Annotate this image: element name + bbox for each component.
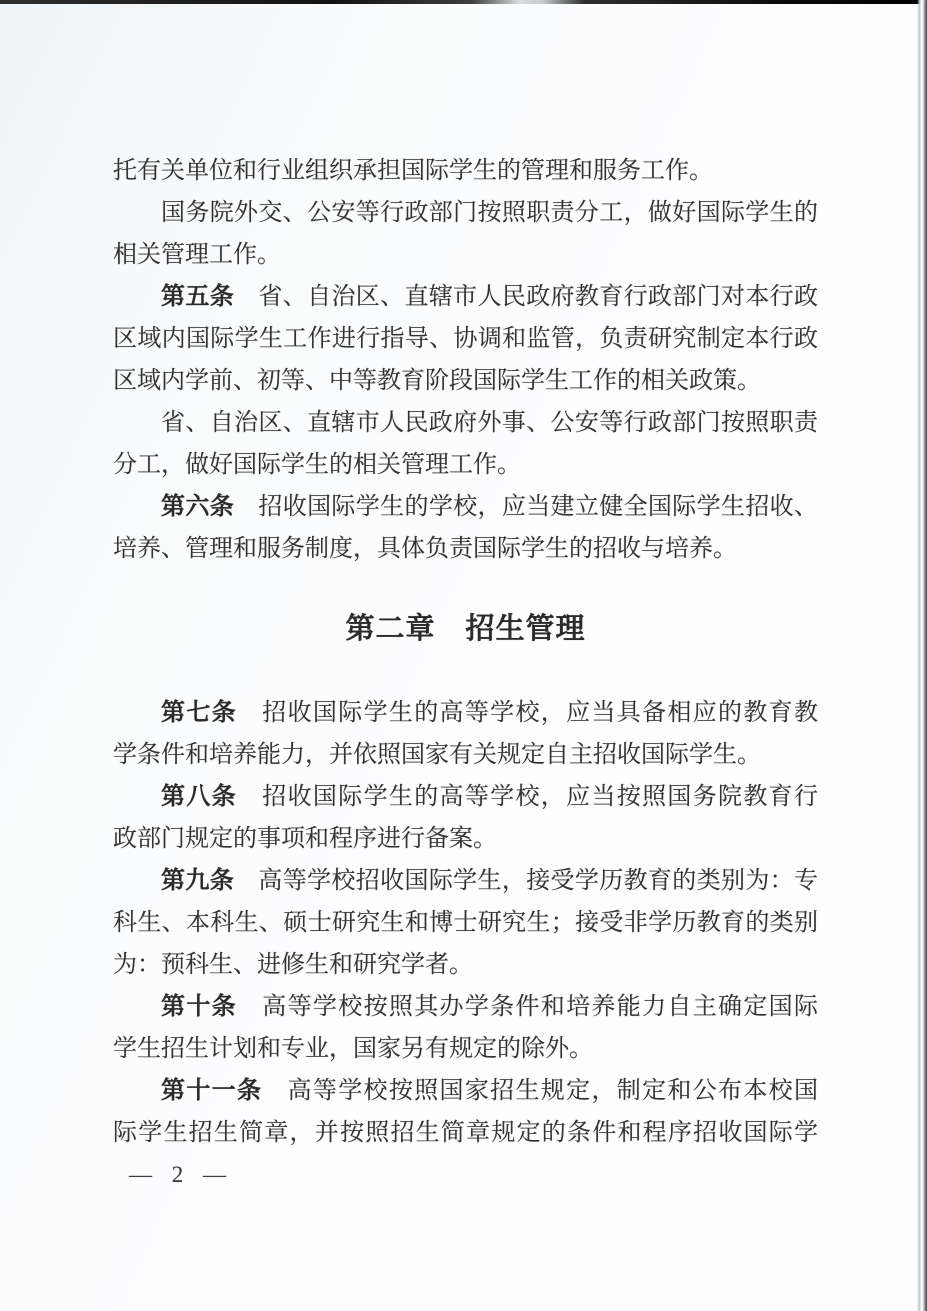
scan-edge-right	[917, 0, 927, 1311]
scanned-document-page: 托有关单位和行业组织承担国际学生的管理和服务工作。国务院外交、公安等行政部门按照…	[0, 0, 927, 1311]
text-segment: 政部门规定的事项和程序进行备案。	[113, 826, 497, 852]
document-line: 培养、管理和服务制度，具体负责国际学生的招收与培养。	[113, 528, 818, 570]
article-number: 第十条	[161, 994, 237, 1020]
text-segment: 区域内学前、初等、中等教育阶段国际学生工作的相关政策。	[113, 368, 761, 394]
text-segment: 学条件和培养能力，并依照国家有关规定自主招收国际学生。	[113, 742, 761, 768]
text-segment: 培养、管理和服务制度，具体负责国际学生的招收与培养。	[113, 536, 737, 562]
chapter-heading-text: 第二章 招生管理	[345, 613, 585, 645]
text-segment: 招收国际学生的高等学校，应当按照国务院教育行	[237, 784, 818, 810]
document-line: 分工，做好国际学生的相关管理工作。	[113, 444, 818, 486]
article-number: 第五条	[161, 284, 234, 310]
document-line: 第十条 高等学校按照其办学条件和培养能力自主确定国际	[113, 986, 818, 1028]
article-number: 第八条	[161, 784, 237, 810]
document-line: 相关管理工作。	[113, 234, 818, 276]
text-segment: 高等学校按照其办学条件和培养能力自主确定国际	[237, 994, 818, 1020]
article-number: 第七条	[161, 700, 237, 726]
text-segment: 区域内国际学生工作进行指导、协调和监管，负责研究制定本行政	[113, 326, 818, 352]
text-segment: 省、自治区、直辖市人民政府教育行政部门对本行政	[234, 284, 818, 310]
text-segment: 托有关单位和行业组织承担国际学生的管理和服务工作。	[113, 158, 713, 184]
article-number: 第六条	[161, 494, 234, 520]
article-number: 第九条	[161, 868, 234, 894]
chapter-heading: 第二章 招生管理	[113, 606, 818, 652]
document-line: 第七条 招收国际学生的高等学校，应当具备相应的教育教	[113, 692, 818, 734]
document-line: 托有关单位和行业组织承担国际学生的管理和服务工作。	[113, 150, 818, 192]
document-line: 第五条 省、自治区、直辖市人民政府教育行政部门对本行政	[113, 276, 818, 318]
text-segment: 招收国际学生的学校，应当建立健全国际学生招收、	[234, 494, 818, 520]
article-number: 第十一条	[161, 1078, 262, 1104]
document-line: 学条件和培养能力，并依照国家有关规定自主招收国际学生。	[113, 734, 818, 776]
text-segment: 分工，做好国际学生的相关管理工作。	[113, 452, 521, 478]
document-line: 际学生招生简章，并按照招生简章规定的条件和程序招收国际学	[113, 1112, 818, 1154]
text-segment: 国务院外交、公安等行政部门按照职责分工，做好国际学生的	[161, 200, 818, 226]
text-segment: 科生、本科生、硕士研究生和博士研究生；接受非学历教育的类别	[113, 910, 818, 936]
document-line: 学生招生计划和专业，国家另有规定的除外。	[113, 1028, 818, 1070]
text-segment: 高等学校招收国际学生，接受学历教育的类别为：专	[234, 868, 818, 894]
text-segment: 相关管理工作。	[113, 242, 281, 268]
document-line: 科生、本科生、硕士研究生和博士研究生；接受非学历教育的类别	[113, 902, 818, 944]
document-line: 第九条 高等学校招收国际学生，接受学历教育的类别为：专	[113, 860, 818, 902]
document-line: 第八条 招收国际学生的高等学校，应当按照国务院教育行	[113, 776, 818, 818]
text-segment: 招收国际学生的高等学校，应当具备相应的教育教	[237, 700, 818, 726]
document-line: 区域内国际学生工作进行指导、协调和监管，负责研究制定本行政	[113, 318, 818, 360]
document-line: 国务院外交、公安等行政部门按照职责分工，做好国际学生的	[113, 192, 818, 234]
document-body: 托有关单位和行业组织承担国际学生的管理和服务工作。国务院外交、公安等行政部门按照…	[113, 150, 818, 1154]
text-segment: 高等学校按照国家招生规定，制定和公布本校国	[262, 1078, 818, 1104]
document-line: 第十一条 高等学校按照国家招生规定，制定和公布本校国	[113, 1070, 818, 1112]
document-line: 省、自治区、直辖市人民政府外事、公安等行政部门按照职责	[113, 402, 818, 444]
text-segment: 省、自治区、直辖市人民政府外事、公安等行政部门按照职责	[161, 410, 818, 436]
scan-edge-top	[0, 0, 927, 4]
document-line: 政部门规定的事项和程序进行备案。	[113, 818, 818, 860]
page-number: — 2 —	[129, 1162, 233, 1188]
text-segment: 为：预科生、进修生和研究学者。	[113, 952, 473, 978]
document-line: 第六条 招收国际学生的学校，应当建立健全国际学生招收、	[113, 486, 818, 528]
text-segment: 际学生招生简章，并按照招生简章规定的条件和程序招收国际学	[113, 1120, 818, 1146]
document-line: 区域内学前、初等、中等教育阶段国际学生工作的相关政策。	[113, 360, 818, 402]
document-line: 为：预科生、进修生和研究学者。	[113, 944, 818, 986]
text-segment: 学生招生计划和专业，国家另有规定的除外。	[113, 1036, 593, 1062]
